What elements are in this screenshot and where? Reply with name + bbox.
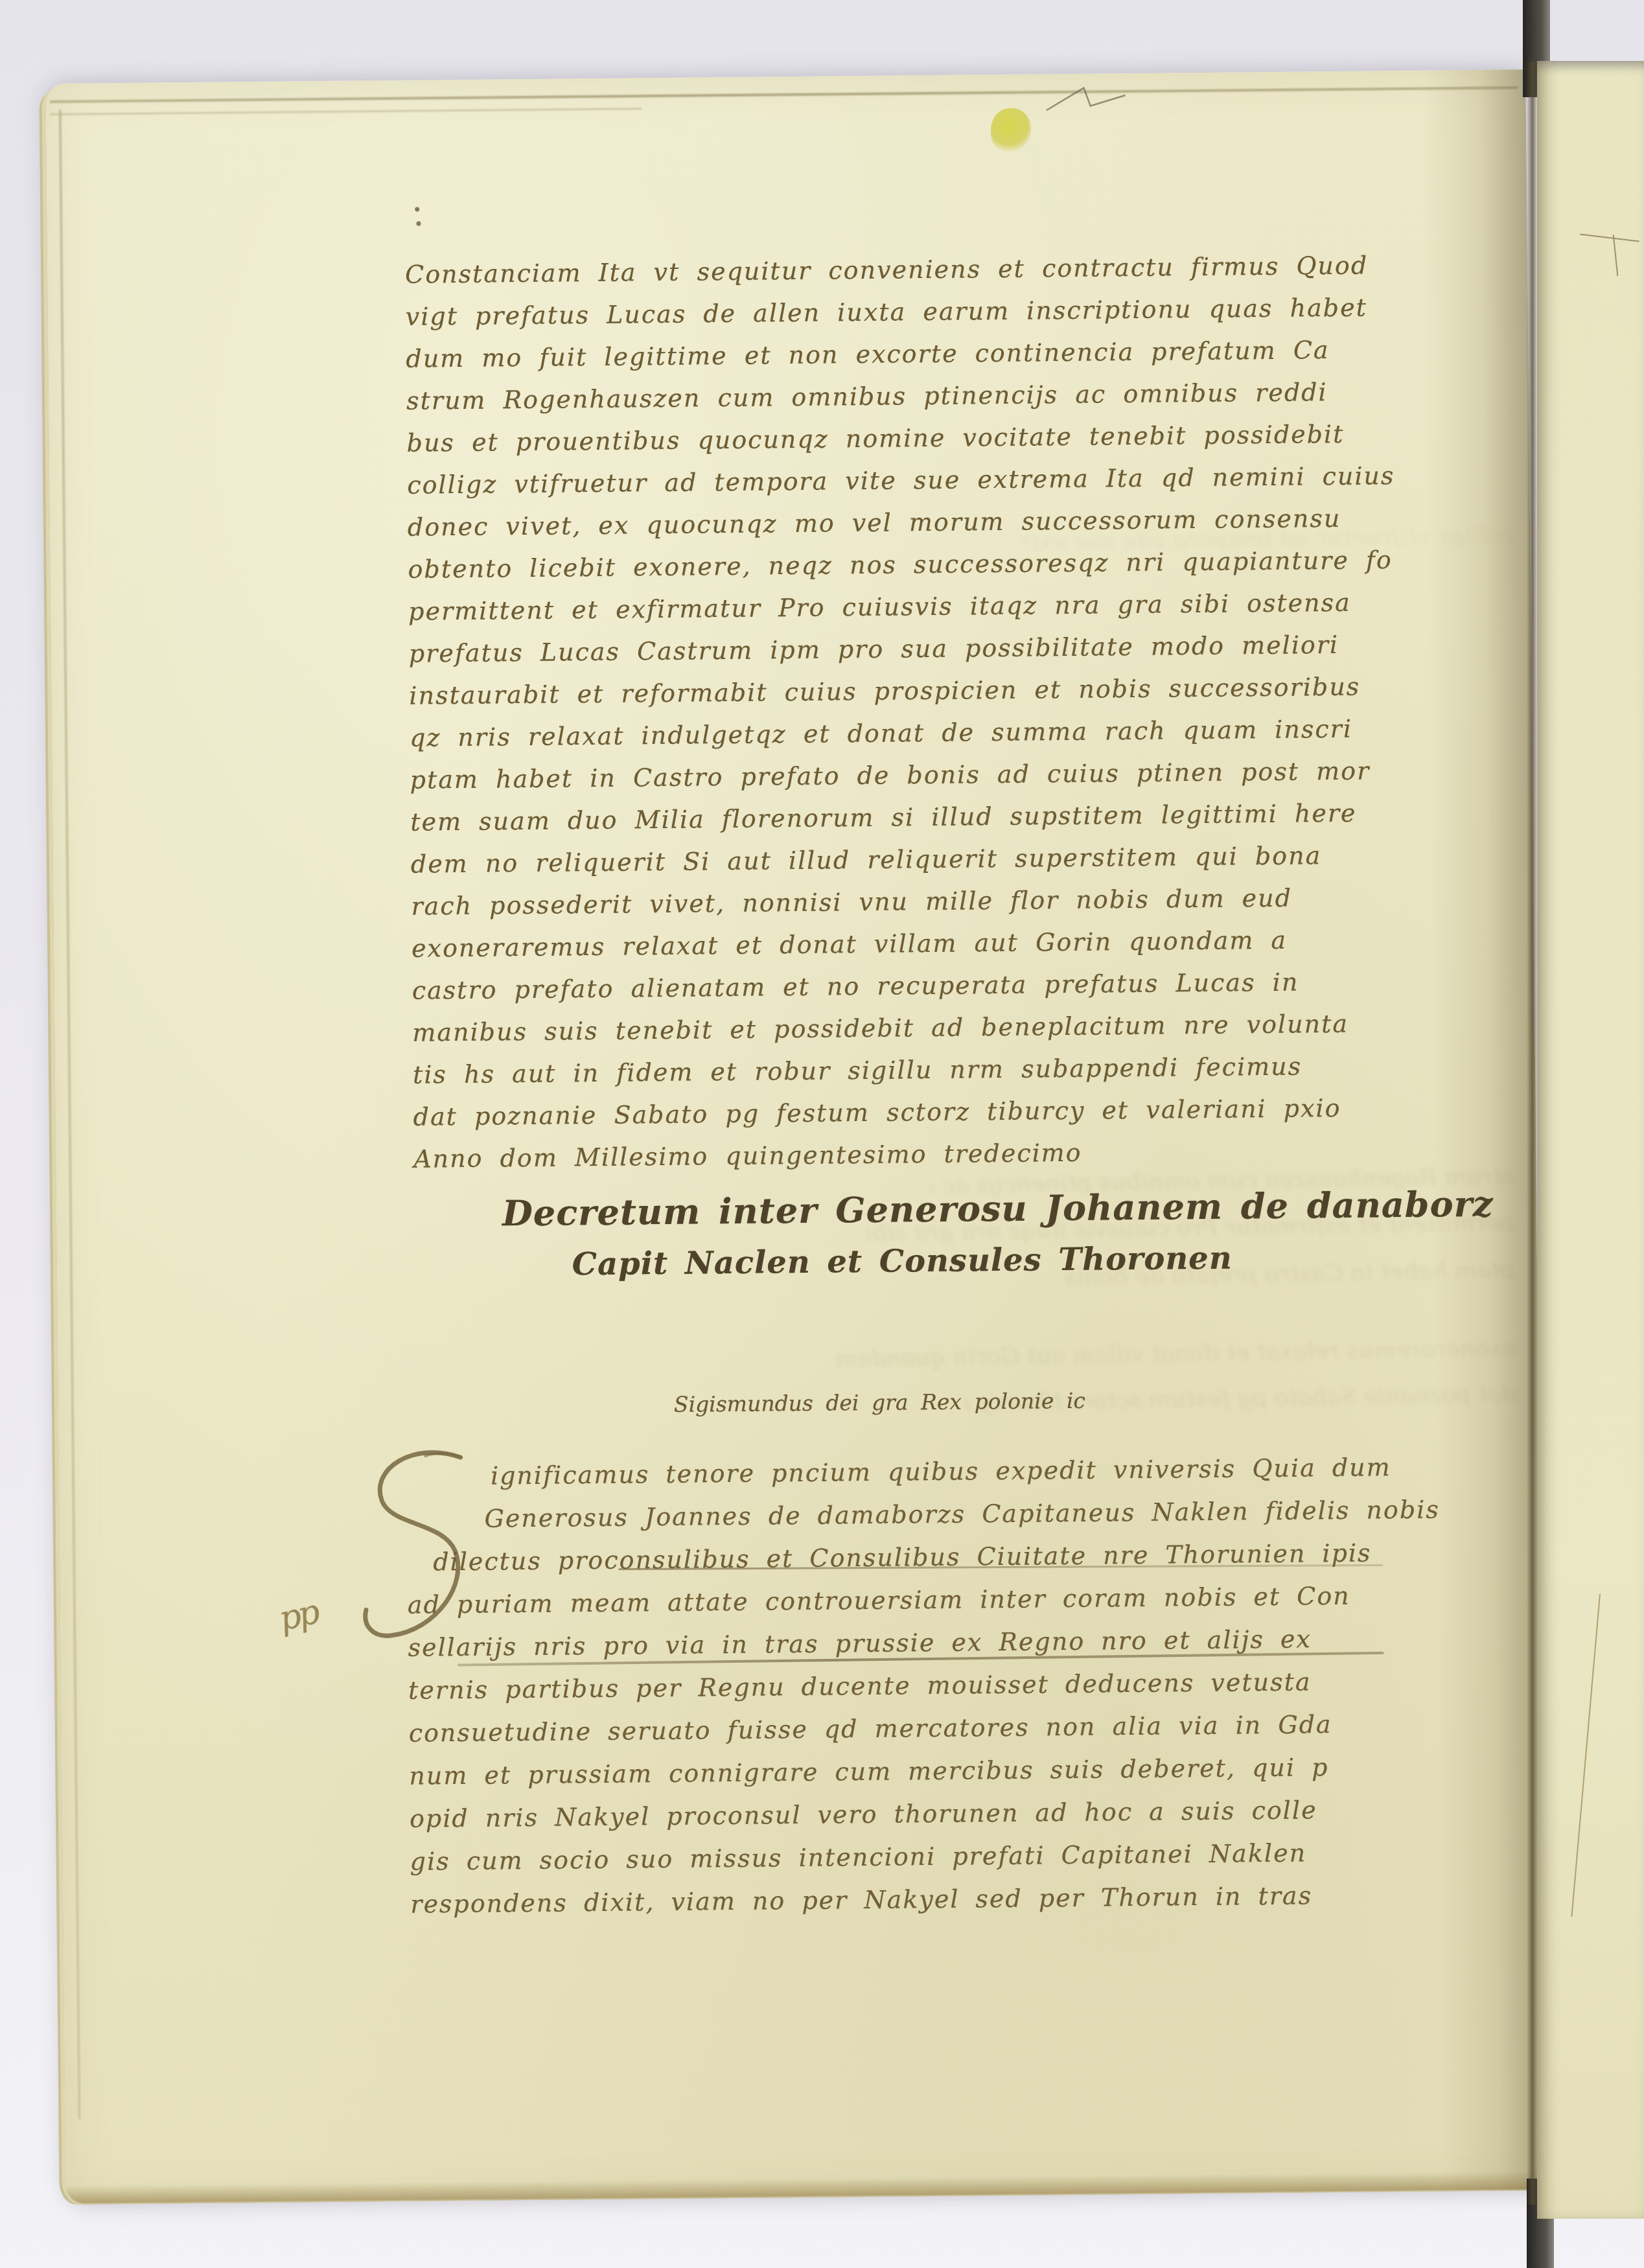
page-top-edge [50,86,1518,103]
manuscript-page: Constanciam Ita vt sequitur conveniens e… [45,69,1546,2204]
yellow-stain [991,108,1032,152]
facing-page-edge [1537,61,1644,2219]
paragraph-act-two: ignificamus tenore pncium quibus expedit… [406,1445,1444,1925]
paper-fiber [1613,235,1619,276]
page-bottom-browned-edge [65,2171,1546,2204]
show-through-text: dat poznanie Sabato pg festum sctorz tib… [966,1380,1517,1416]
page-top-edge-second-sheet [50,108,642,115]
paper-fiber [1580,233,1639,242]
gutter-crease [1527,62,1537,2204]
paragraph-act-one: Constanciam Ita vt sequitur conveniens e… [405,244,1402,1181]
manuscript-line: respondens dixit, viam no per Nakyel sed… [410,1873,1444,1925]
ink-dots [415,207,421,229]
top-edge-ink-mark [1043,81,1141,118]
show-through-text: exoneraremus relaxat et donat villam aut… [835,1335,1516,1372]
photo-background: Constanciam Ita vt sequitur conveniens e… [0,0,1644,2268]
loose-thread [1571,1594,1601,1917]
margin-notary-mark: pp [275,1593,321,1639]
page-left-edge [59,110,81,2120]
